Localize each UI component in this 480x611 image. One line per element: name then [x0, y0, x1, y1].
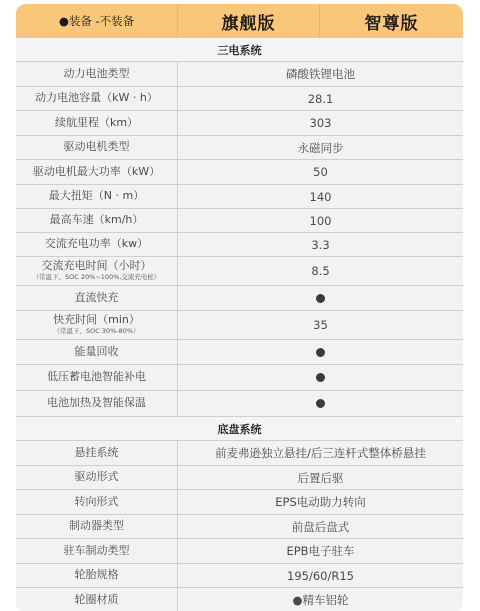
row-label: 驱动电机类型 [16, 136, 178, 159]
section-title-chassis: 底盘系统 [16, 417, 463, 441]
table-row: 电池加热及智能保温 [16, 391, 463, 417]
table-row: 悬挂系统 前麦弗逊独立悬挂/后三连杆式整体桥悬挂 [16, 441, 463, 466]
table-row: 轮胎规格 195/60/R15 [16, 564, 463, 588]
table-row: 转向形式 EPS电动助力转向 [16, 490, 463, 515]
equipped-dot-icon [316, 399, 325, 408]
row-label: 续航里程（km） [16, 111, 178, 135]
row-label-text: 快充时间（min） [53, 314, 140, 327]
legend: ●装备 -不装备 [16, 4, 178, 38]
row-label-text: 轮胎规格 [75, 569, 119, 582]
row-label: 轮圈材质 [16, 588, 178, 611]
table-row: 制动器类型 前盘后盘式 [16, 515, 463, 539]
row-label-text: 驻车制动类型 [64, 545, 130, 558]
table-row: 驱动电机最大功率（kW） 50 [16, 160, 463, 185]
row-value: 303 [178, 111, 463, 135]
row-label-note: （常温下、SOC 20%~100%,交流充电桩） [33, 274, 161, 281]
section-title-powertrain: 三电系统 [16, 38, 463, 62]
row-value [178, 286, 463, 310]
row-label-text: 交流充电功率（kw） [45, 238, 148, 251]
table-row: 能量回收 [16, 340, 463, 365]
row-label: 直流快充 [16, 286, 178, 310]
table-row: 动力电池类型 磷酸铁锂电池 [16, 62, 463, 87]
row-value: 140 [178, 185, 463, 208]
row-value: 195/60/R15 [178, 564, 463, 587]
row-label: 动力电池容量（kW · h） [16, 87, 178, 110]
row-value [178, 340, 463, 364]
row-label: 交流充电功率（kw） [16, 233, 178, 256]
row-label: 交流充电时间（小时） （常温下、SOC 20%~100%,交流充电桩） [16, 257, 178, 285]
row-label-text: 轮圈材质 [75, 594, 119, 607]
row-label-text: 驱动形式 [75, 471, 119, 484]
row-label-text: 交流充电时间（小时） [42, 260, 152, 273]
table-header: ●装备 -不装备 旗舰版 智尊版 [16, 4, 463, 38]
spec-table: ●装备 -不装备 旗舰版 智尊版 三电系统 动力电池类型 磷酸铁锂电池 动力电池… [16, 4, 463, 611]
row-label: 能量回收 [16, 340, 178, 364]
table-row: 驱动电机类型 永磁同步 [16, 136, 463, 160]
table-row: 轮圈材质 ●精车铝轮 [16, 588, 463, 611]
row-label-text: 直流快充 [75, 292, 119, 305]
row-label-text: 转向形式 [75, 496, 119, 509]
row-value: 前盘后盘式 [178, 515, 463, 538]
row-value: 28.1 [178, 87, 463, 110]
equipped-dot-icon [316, 373, 325, 382]
row-label-text: 悬挂系统 [75, 447, 119, 460]
row-label-text: 电池加热及智能保温 [47, 397, 146, 410]
row-label-text: 能量回收 [75, 346, 119, 359]
row-label: 驱动形式 [16, 466, 178, 489]
row-value: 35 [178, 311, 463, 339]
row-value: 后置后驱 [178, 466, 463, 489]
row-value: 3.3 [178, 233, 463, 256]
row-label: 驱动电机最大功率（kW） [16, 160, 178, 184]
row-value: 8.5 [178, 257, 463, 285]
row-label: 驻车制动类型 [16, 539, 178, 563]
table-row: 续航里程（km） 303 [16, 111, 463, 136]
table-row: 最高车速（km/h） 100 [16, 209, 463, 233]
row-value: 磷酸铁锂电池 [178, 62, 463, 86]
row-value [178, 391, 463, 416]
row-label: 转向形式 [16, 490, 178, 514]
table-row: 动力电池容量（kW · h） 28.1 [16, 87, 463, 111]
row-value: 前麦弗逊独立悬挂/后三连杆式整体桥悬挂 [178, 441, 463, 465]
row-value: ●精车铝轮 [178, 588, 463, 611]
row-label-note: （常温下、SOC 30%-80%） [53, 328, 139, 335]
row-label: 动力电池类型 [16, 62, 178, 86]
row-label-text: 最高车速（km/h） [50, 214, 144, 227]
table-row: 交流充电时间（小时） （常温下、SOC 20%~100%,交流充电桩） 8.5 [16, 257, 463, 286]
column-header-flagship: 旗舰版 [178, 4, 320, 38]
table-row: 低压蓄电池智能补电 [16, 365, 463, 391]
table-row: 直流快充 [16, 286, 463, 311]
row-label-text: 动力电池类型 [64, 68, 130, 81]
equipped-dot-icon [316, 294, 325, 303]
equipped-dot-icon [316, 348, 325, 357]
row-label: 轮胎规格 [16, 564, 178, 587]
row-label-text: 续航里程（km） [55, 117, 138, 130]
row-label-text: 最大扭矩（N · m） [49, 190, 144, 203]
row-label: 制动器类型 [16, 515, 178, 538]
row-value: EPB电子驻车 [178, 539, 463, 563]
row-value [178, 365, 463, 390]
row-label: 悬挂系统 [16, 441, 178, 465]
row-value: 50 [178, 160, 463, 184]
row-label: 最高车速（km/h） [16, 209, 178, 232]
row-value: 100 [178, 209, 463, 232]
row-label-text: 低压蓄电池智能补电 [47, 371, 146, 384]
table-row: 最大扭矩（N · m） 140 [16, 185, 463, 209]
row-value: 永磁同步 [178, 136, 463, 159]
row-label: 快充时间（min） （常温下、SOC 30%-80%） [16, 311, 178, 339]
row-label: 电池加热及智能保温 [16, 391, 178, 416]
row-label-text: 制动器类型 [69, 520, 124, 533]
row-label: 最大扭矩（N · m） [16, 185, 178, 208]
row-label: 低压蓄电池智能补电 [16, 365, 178, 390]
table-row: 驻车制动类型 EPB电子驻车 [16, 539, 463, 564]
column-header-premium: 智尊版 [320, 4, 463, 38]
table-row: 交流充电功率（kw） 3.3 [16, 233, 463, 257]
row-label-text: 动力电池容量（kW · h） [35, 92, 158, 105]
table-row: 快充时间（min） （常温下、SOC 30%-80%） 35 [16, 311, 463, 340]
row-label-text: 驱动电机最大功率（kW） [33, 166, 160, 179]
row-label-text: 驱动电机类型 [64, 141, 130, 154]
row-value: EPS电动助力转向 [178, 490, 463, 514]
table-row: 驱动形式 后置后驱 [16, 466, 463, 490]
